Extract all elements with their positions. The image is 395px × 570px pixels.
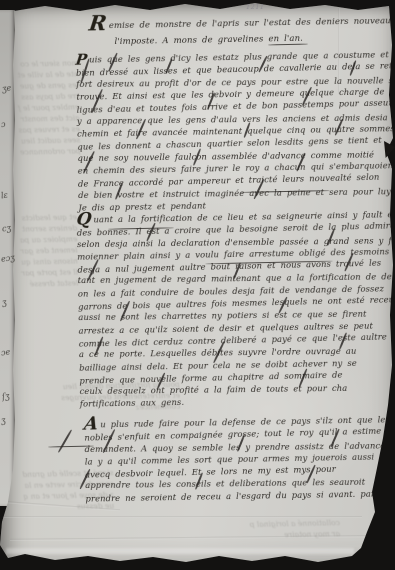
manuscript-line: l'imposte. A mons de gravelines en l'an. [114, 33, 303, 49]
previous-page-ink-remnant: ʒ [0, 416, 6, 426]
manuscript-page: 1211 mon sieur le conte de la ville et l… [0, 0, 395, 570]
previous-page-ink-remnant: ʒ [1, 298, 7, 308]
manuscript-paragraph-3: Au plus rude faire pour la defense de ce… [84, 413, 395, 505]
previous-page-ink-remnant: lɛ [0, 191, 8, 201]
previous-page-ink-remnant: ſʒ [1, 392, 10, 402]
previous-page-ink-remnant: ʒe [1, 83, 11, 93]
previous-page-ink-remnant: ɔe [0, 347, 10, 357]
previous-page-ink-remnant: cʒ [1, 223, 11, 233]
manuscript-heading-line-2: l'imposte. A mons de gravelines en l'an. [114, 33, 303, 49]
manuscript-line: Remise de monstre de l'apris sur l'estat… [89, 14, 395, 33]
manuscript-paragraph-1: Puis que les gens d'icy les estatz plus … [76, 47, 395, 214]
previous-page-ink-remnant: eɔʒ [0, 253, 15, 264]
manuscript-heading-line-1: Remise de monstre de l'apris sur l'estat… [89, 14, 395, 33]
